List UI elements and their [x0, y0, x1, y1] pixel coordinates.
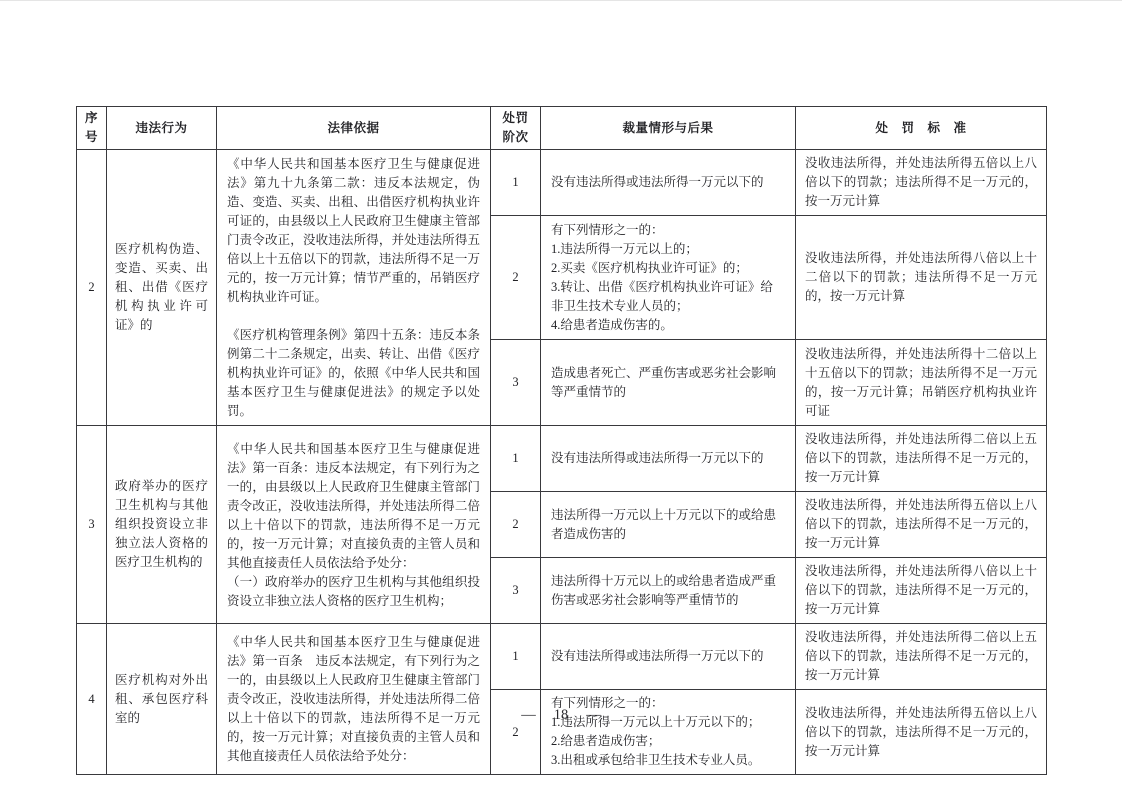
- row2-level1-circumstance: 没有违法所得或违法所得一万元以下的: [541, 150, 796, 216]
- header-row: 序 号 违法行为 法律依据 处罚 阶次 裁量情形与后果 处 罚 标 准: [77, 107, 1047, 150]
- row3-level1-number: 1: [491, 426, 541, 492]
- row2-level2-circumstance: 有下列情形之一的： 1.违法所得一万元以上的； 2.买卖《医疗机构执业许可证》的…: [541, 216, 796, 340]
- penalty-table-container: 序 号 违法行为 法律依据 处罚 阶次 裁量情形与后果 处 罚 标 准 2 医疗…: [76, 106, 1046, 775]
- row2-behavior-cell: 医疗机构伪造、变造、买卖、出租、出借《医疗机构执业许可证》的: [107, 150, 217, 426]
- row3-level3-standard: 没收违法所得，并处违法所得八倍以上十倍以下的罚款，违法所得不足一万元的，按一万元…: [796, 558, 1047, 624]
- row2-level3-number: 3: [491, 340, 541, 426]
- row3-index-cell: 3: [77, 426, 107, 624]
- column-header-legal-basis: 法律依据: [217, 107, 491, 150]
- row4-legal-basis-cell: 《中华人民共和国基本医疗卫生与健康促进法》第一百条 违反本法规定，有下列行为之一…: [217, 624, 491, 775]
- table-row: 4 医疗机构对外出租、承包医疗科室的 《中华人民共和国基本医疗卫生与健康促进法》…: [77, 624, 1047, 690]
- row2-level1-standard: 没收违法所得，并处违法所得五倍以上八倍以下的罚款；违法所得不足一万元的，按一万元…: [796, 150, 1047, 216]
- row2-level3-circumstance: 造成患者死亡、严重伤害或恶劣社会影响等严重情节的: [541, 340, 796, 426]
- row2-legal-basis-cell: 《中华人民共和国基本医疗卫生与健康促进法》第九十九条第二款：违反本法规定，伪造、…: [217, 150, 491, 426]
- footer-dash-left: —: [521, 707, 536, 723]
- row3-level2-circumstance: 违法所得一万元以上十万元以下的或给患者造成伤害的: [541, 492, 796, 558]
- page-number: 18: [554, 707, 569, 723]
- row2-index-cell: 2: [77, 150, 107, 426]
- table-row: 3 政府举办的医疗卫生机构与其他组织投资设立非独立法人资格的医疗卫生机构的 《中…: [77, 426, 1047, 492]
- row4-index-cell: 4: [77, 624, 107, 775]
- document-page: { "document": { "footer": { "dash_left":…: [0, 0, 1122, 793]
- row4-level2-standard: 没收违法所得，并处违法所得五倍以上八倍以下的罚款，违法所得不足一万元的，按一万元…: [796, 690, 1047, 775]
- row3-legal-basis-cell: 《中华人民共和国基本医疗卫生与健康促进法》第一百条：违反本法规定，有下列行为之一…: [217, 426, 491, 624]
- row3-level1-standard: 没收违法所得，并处违法所得二倍以上五倍以下的罚款，违法所得不足一万元的，按一万元…: [796, 426, 1047, 492]
- row3-level2-number: 2: [491, 492, 541, 558]
- column-header-circumstance: 裁量情形与后果: [541, 107, 796, 150]
- row4-level2-number: 2: [491, 690, 541, 775]
- row4-level1-standard: 没收违法所得，并处违法所得二倍以上五倍以下的罚款，违法所得不足一万元的，按一万元…: [796, 624, 1047, 690]
- column-header-standard: 处 罚 标 准: [796, 107, 1047, 150]
- penalty-standards-table: 序 号 违法行为 法律依据 处罚 阶次 裁量情形与后果 处 罚 标 准 2 医疗…: [76, 106, 1047, 775]
- row2-level3-standard: 没收违法所得，并处违法所得十二倍以上十五倍以下的罚款；违法所得不足一万元的，按一…: [796, 340, 1047, 426]
- footer-dash-right: —: [586, 707, 601, 723]
- row3-level3-circumstance: 违法所得十万元以上的或给患者造成严重伤害或恶劣社会影响等严重情节的: [541, 558, 796, 624]
- row2-level2-standard: 没收违法所得，并处违法所得八倍以上十二倍以下的罚款；违法所得不足一万元的，按一万…: [796, 216, 1047, 340]
- row3-level1-circumstance: 没有违法所得或违法所得一万元以下的: [541, 426, 796, 492]
- row3-behavior-cell: 政府举办的医疗卫生机构与其他组织投资设立非独立法人资格的医疗卫生机构的: [107, 426, 217, 624]
- row4-level2-circumstance: 有下列情形之一的： 1.违法所得一万元以上十万元以下的； 2.给患者造成伤害； …: [541, 690, 796, 775]
- column-header-index: 序 号: [77, 107, 107, 150]
- column-header-penalty-level: 处罚 阶次: [491, 107, 541, 150]
- row4-level1-circumstance: 没有违法所得或违法所得一万元以下的: [541, 624, 796, 690]
- row2-level1-number: 1: [491, 150, 541, 216]
- row3-level3-number: 3: [491, 558, 541, 624]
- row4-level1-number: 1: [491, 624, 541, 690]
- page-footer: —18—: [76, 707, 1046, 724]
- row2-level2-number: 2: [491, 216, 541, 340]
- row4-behavior-cell: 医疗机构对外出租、承包医疗科室的: [107, 624, 217, 775]
- table-row: 2 医疗机构伪造、变造、买卖、出租、出借《医疗机构执业许可证》的 《中华人民共和…: [77, 150, 1047, 216]
- column-header-behavior: 违法行为: [107, 107, 217, 150]
- row3-level2-standard: 没收违法所得，并处违法所得五倍以上八倍以下的罚款，违法所得不足一万元的，按一万元…: [796, 492, 1047, 558]
